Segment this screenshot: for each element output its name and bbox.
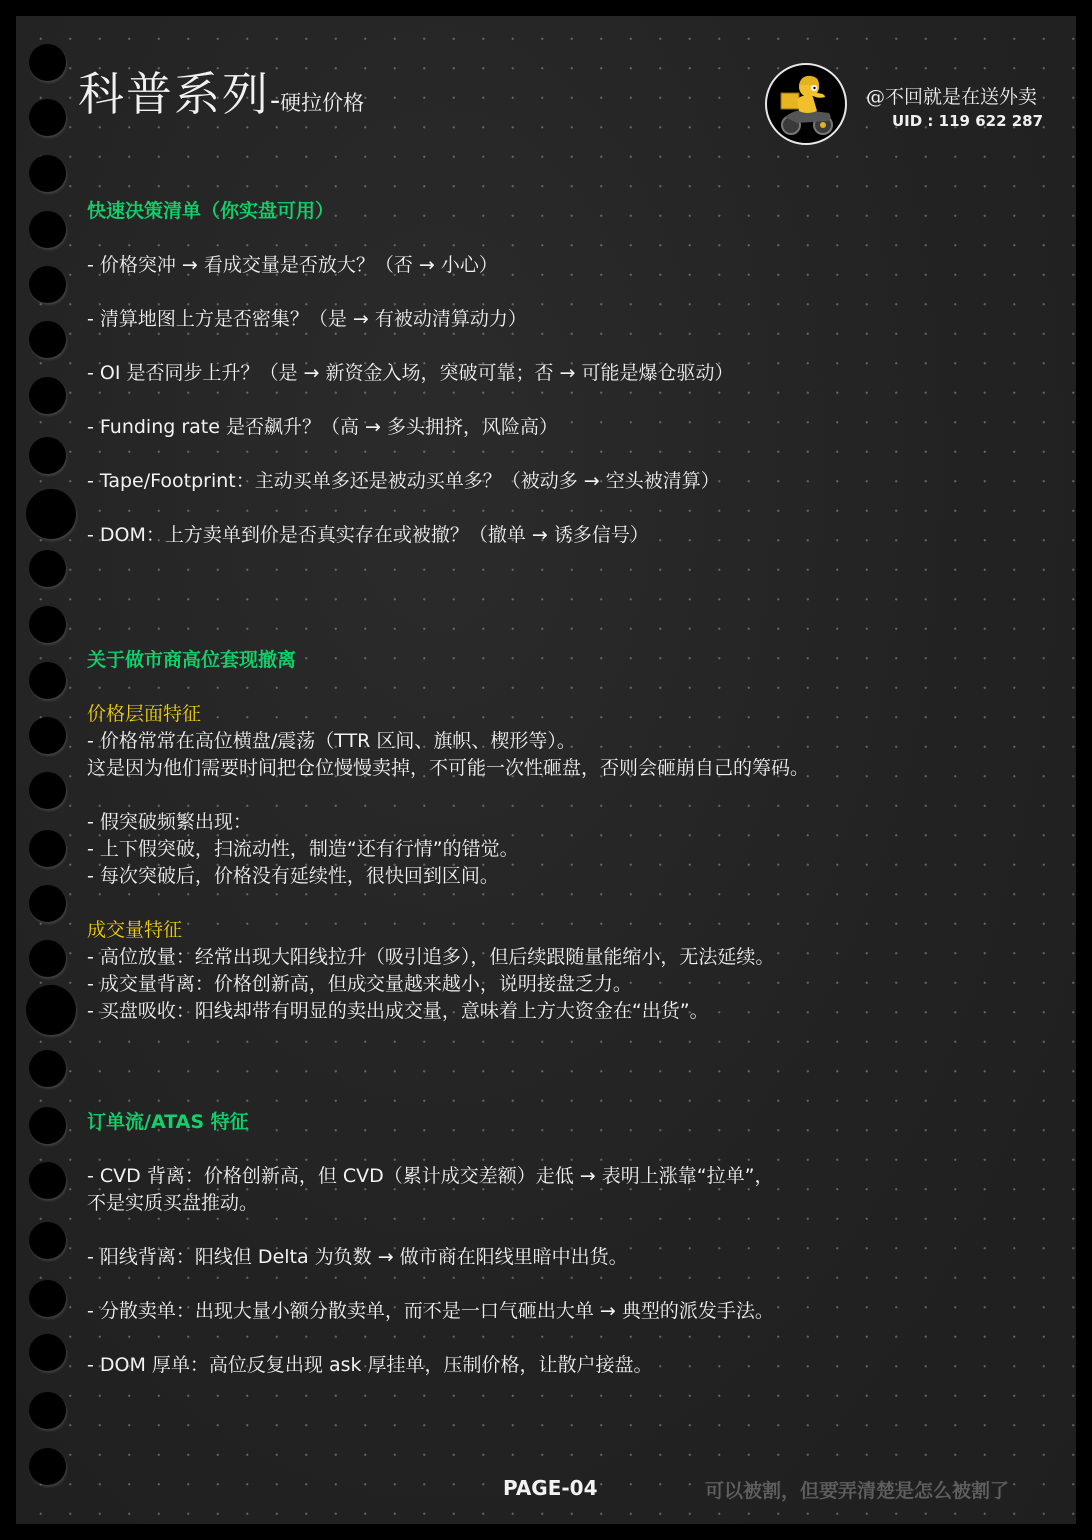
binder-hole (29, 717, 66, 754)
binder-hole (29, 1280, 66, 1317)
text-line: - 价格常常在高位横盘/震荡（TTR 区间、旗帜、楔形等）。 (87, 728, 576, 754)
checklist-item: - OI 是否同步上升？（是 → 新资金入场，突破可靠；否 → 可能是爆仓驱动） (87, 360, 734, 386)
text-line: - 成交量背离：价格创新高，但成交量越来越小，说明接盘乏力。 (87, 971, 632, 997)
text-line: - 假突破频繁出现： (87, 809, 252, 835)
section-heading-quick-checklist: 快速决策清单（你实盘可用） (87, 198, 334, 224)
title-subtitle: 硬拉价格 (280, 91, 364, 115)
binder-hole (29, 377, 66, 414)
duck-delivery-rider-icon (767, 65, 845, 143)
avatar (765, 63, 847, 145)
binder-hole (29, 1050, 66, 1087)
section-heading-market-maker: 关于做市商高位套现撤离 (87, 647, 296, 673)
text-line: - CVD 背离：价格创新高，但 CVD（累计成交差额）走低 → 表明上涨靠“拉… (87, 1163, 773, 1189)
binder-hole (29, 266, 66, 303)
binder-hole (29, 155, 66, 192)
binder-hole (29, 1162, 66, 1199)
subheading-volume-features: 成交量特征 (87, 917, 182, 943)
binder-hole (29, 885, 66, 922)
binder-hole (29, 1222, 66, 1259)
text-line: - 阳线背离：阳线但 Delta 为负数 → 做市商在阳线里暗中出货。 (87, 1244, 628, 1270)
checklist-item: - DOM：上方卖单到价是否真实存在或被撤？（撤单 → 诱多信号） (87, 522, 649, 548)
binder-hole (29, 830, 66, 867)
binder-hole (29, 44, 66, 81)
binder-hole (29, 940, 66, 977)
text-line: - DOM 厚单：高位反复出现 ask 厚挂单，压制价格，让散户接盘。 (87, 1352, 653, 1378)
binder-hole (29, 1392, 66, 1429)
text-line: 不是实质买盘推动。 (87, 1190, 258, 1216)
binder-hole (29, 211, 66, 248)
binder-hole (29, 321, 66, 358)
author-handle: @不回就是在送外卖 (866, 82, 1037, 109)
binder-hole (29, 99, 66, 136)
section-heading-orderflow: 订单流/ATAS 特征 (87, 1109, 249, 1135)
binder-hole (29, 550, 66, 587)
text-line: - 上下假突破，扫流动性，制造“还有行情”的错觉。 (87, 836, 519, 862)
checklist-item: - 清算地图上方是否密集？（是 → 有被动清算动力） (87, 306, 527, 332)
text-line: 这是因为他们需要时间把仓位慢慢卖掉，不可能一次性砸盘，否则会砸崩自己的筹码。 (87, 755, 809, 781)
page-title: 科普系列-硬拉价格 (78, 58, 364, 124)
page-number: PAGE-04 (503, 1476, 598, 1500)
binder-hole (29, 772, 66, 809)
text-line: - 买盘吸收：阳线却带有明显的卖出成交量，意味着上方大资金在“出货”。 (87, 998, 709, 1024)
title-dash: - (270, 83, 280, 118)
footer-slogan: 可以被割，但要弄清楚是怎么被割了 (705, 1476, 1009, 1503)
checklist-item: - Tape/Footprint：主动买单多还是被动买单多？（被动多 → 空头被… (87, 468, 720, 494)
binder-hole (29, 606, 66, 643)
text-line: - 每次突破后，价格没有延续性，很快回到区间。 (87, 863, 499, 889)
binder-hole (29, 1448, 66, 1485)
author-uid: UID : 119 622 287 (892, 112, 1043, 130)
subheading-price-features: 价格层面特征 (87, 701, 201, 727)
binder-hole (26, 985, 76, 1035)
binder-hole (29, 662, 66, 699)
binder-hole (26, 489, 76, 539)
title-main: 科普系列 (78, 67, 270, 121)
binder-hole (29, 1107, 66, 1144)
text-line: - 分散卖单：出现大量小额分散卖单，而不是一口气砸出大单 → 典型的派发手法。 (87, 1298, 774, 1324)
checklist-item: - Funding rate 是否飙升？（高 → 多头拥挤，风险高） (87, 414, 558, 440)
binder-hole (29, 1334, 66, 1371)
checklist-item: - 价格突冲 → 看成交量是否放大？（否 → 小心） (87, 252, 498, 278)
binder-hole (29, 437, 66, 474)
text-line: - 高位放量：经常出现大阳线拉升（吸引追多），但后续跟随量能缩小，无法延续。 (87, 944, 774, 970)
